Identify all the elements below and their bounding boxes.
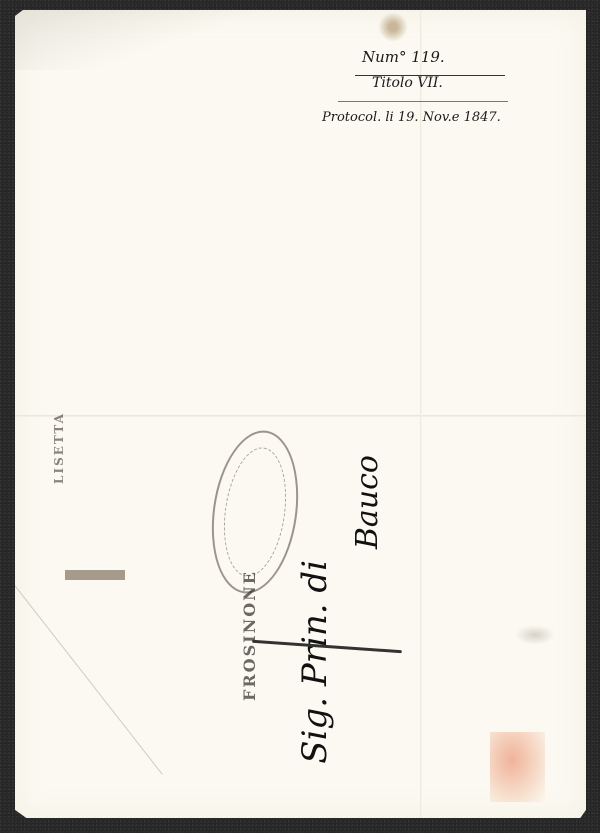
left-cancel-stamp: LISETTA [52, 412, 66, 484]
address-line-2: Bauco [350, 455, 385, 549]
annotation-protocol: Protocol. li 19. Nov.e 1847. [322, 110, 501, 125]
frosinone-cancel: FROSINONE [240, 570, 259, 701]
address-line-1: Sig. Prin. di [295, 560, 335, 764]
horizontal-fold [15, 415, 586, 417]
underline [338, 101, 508, 102]
faded-mark [515, 625, 555, 645]
annotation-title: Titolo VII. [372, 75, 443, 91]
corner-fold-shadow [15, 10, 265, 70]
top-stain [378, 12, 408, 42]
red-wax-seal-trace [490, 732, 545, 802]
vertical-fold [420, 10, 422, 818]
annotation-number: Num° 119. [362, 48, 445, 66]
diagonal-fold [14, 585, 163, 775]
left-ink-mark [65, 570, 125, 580]
